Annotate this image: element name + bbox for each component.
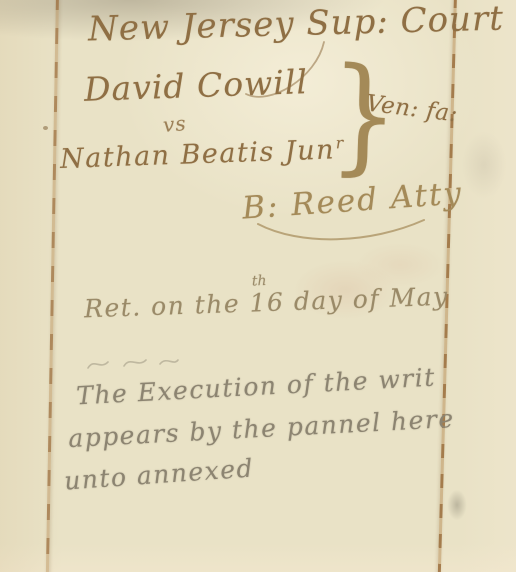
return-day-number: 16	[249, 287, 285, 317]
versus-abbr: vs	[162, 111, 188, 137]
faint-scribble	[84, 352, 180, 376]
ink-dot	[43, 126, 48, 130]
memo-line-3: unto annexed	[63, 453, 255, 495]
return-date-note: Ret. on the th16 day of May	[84, 282, 449, 324]
return-day-superscript: th	[252, 273, 267, 290]
return-note-prefix: Ret. on the	[84, 289, 250, 324]
return-day: th16	[249, 287, 285, 317]
defendant-text: Nathan Beatis Jun	[60, 134, 336, 175]
court-header: New Jersey Sup: Court	[88, 0, 505, 49]
memo-line-2: appears by the pannel here	[68, 404, 456, 453]
memo-line-1: The Execution of the writ	[75, 363, 436, 411]
attorney-signature: B: Reed Atty	[241, 175, 464, 226]
fold-crease-left	[46, 0, 59, 572]
defendant-name: Nathan Beatis Junr	[60, 133, 346, 175]
return-note-suffix: day of May	[284, 282, 449, 317]
plaintiff-name: David Cowill	[83, 62, 308, 109]
manuscript-photo: New Jersey Sup: Court David Cowill vs Na…	[0, 0, 516, 572]
